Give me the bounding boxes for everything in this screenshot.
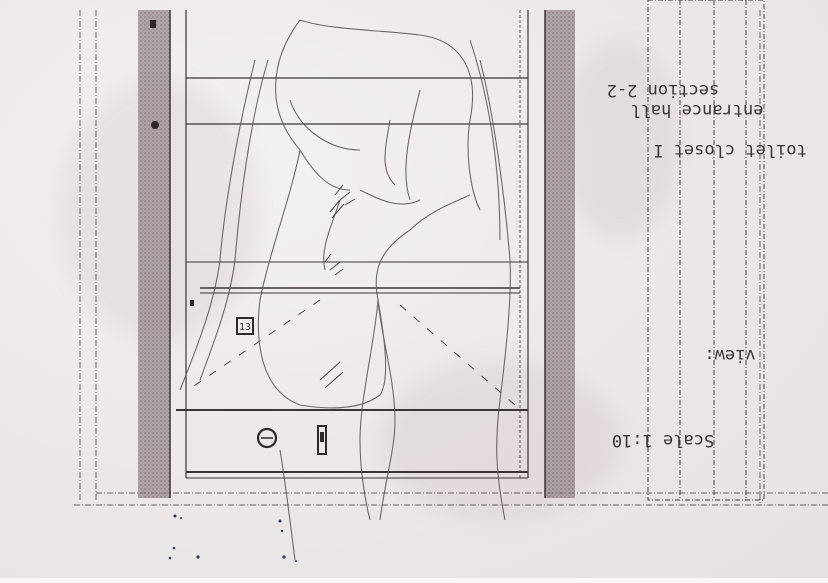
view-value: toilet closet I xyxy=(653,140,807,160)
figure-sketch xyxy=(180,20,510,560)
scan-edge xyxy=(0,578,828,583)
room-label: entrance hall xyxy=(630,100,763,120)
ink-specks xyxy=(169,515,297,563)
drawing-canvas: 13 s xyxy=(0,0,828,583)
fixture-circle-symbol xyxy=(258,429,276,447)
horizontal-lines xyxy=(176,78,528,478)
scale-label: Scale 1:10 xyxy=(612,430,714,450)
scanned-drawing-sheet: 13 s xyxy=(0,0,828,583)
title-block: section 2-2 Scale 1:10 entrance hall toi… xyxy=(607,0,807,500)
section-label: section 2-2 xyxy=(607,80,720,100)
fixture-rect-symbol xyxy=(318,426,326,454)
svg-text:13: 13 xyxy=(239,322,251,333)
diagonal-dash-lines xyxy=(188,300,515,405)
view-label: view: xyxy=(704,345,755,365)
box-marker-13: 13 xyxy=(237,318,253,334)
pencil-annotations xyxy=(320,185,355,388)
